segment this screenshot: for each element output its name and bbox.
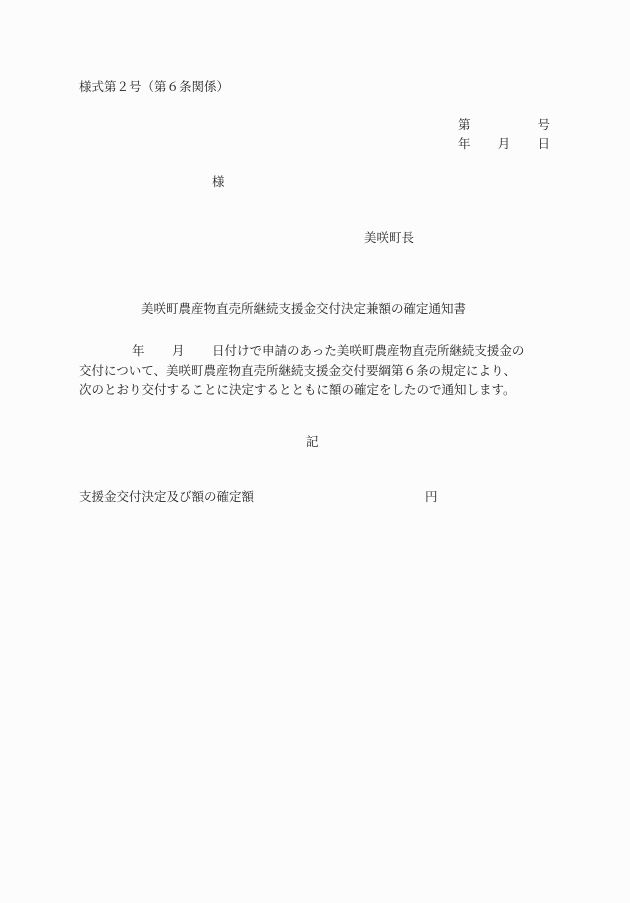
document-number: 第 号 <box>458 119 550 132</box>
document-number-prefix: 第 <box>458 119 471 132</box>
application-date-month: 月 <box>172 341 212 361</box>
document-number-suffix: 号 <box>537 119 550 132</box>
application-date-year: 年 <box>132 341 172 361</box>
issue-date-year: 年 <box>458 138 471 151</box>
amount-label: 支援金交付決定及び額の確定額 <box>79 491 254 504</box>
body-line-2: 交付について、美咲町農産物直売所継続支援金交付要綱第６条の規定により、 <box>79 361 553 381</box>
issue-date-month: 月 <box>498 138 511 151</box>
document-title: 美咲町農産物直売所継続支援金交付決定兼額の確定通知書 <box>141 303 466 316</box>
body-line-1-text: 日付けで申請のあった美咲町農産物直売所継続支援金の <box>212 341 524 361</box>
addressee-suffix: 様 <box>212 176 225 189</box>
form-number: 様式第２号（第６条関係） <box>79 81 229 94</box>
ki-heading: 記 <box>306 436 319 449</box>
issue-date: 年 月 日 <box>458 138 550 151</box>
body-paragraph: 年 月 日付けで申請のあった美咲町農産物直売所継続支援金の 交付について、美咲町… <box>79 341 553 400</box>
issuer-name: 美咲町長 <box>364 232 414 245</box>
issue-date-day: 日 <box>537 138 550 151</box>
body-line-3: 次のとおり交付することに決定するとともに額の確定をしたので通知します。 <box>79 380 553 400</box>
amount-unit: 円 <box>425 491 438 504</box>
body-line-1: 年 月 日付けで申請のあった美咲町農産物直売所継続支援金の <box>79 341 553 361</box>
